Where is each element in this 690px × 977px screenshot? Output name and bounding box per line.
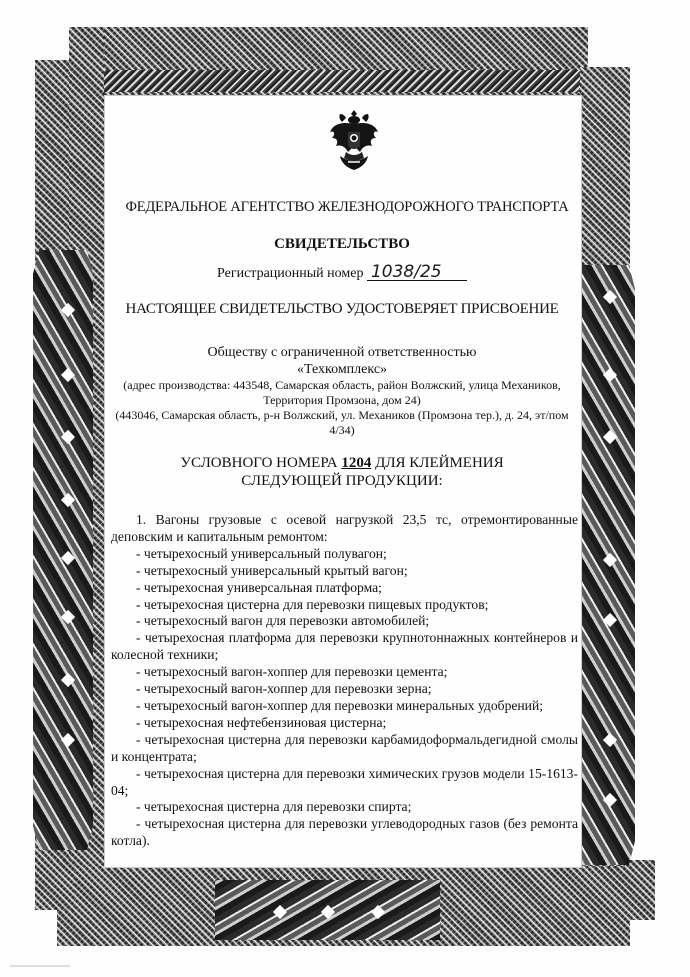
product-item: - четырехосный вагон-хоппер для перевозк… [111, 664, 578, 681]
frame-bottom-left-step [35, 860, 75, 910]
product-item: - четырехосная универсальная платформа; [111, 580, 578, 597]
product-item: - четырехосный вагон-хоппер для перевозк… [111, 698, 578, 715]
conditional-prefix: УСЛОВНОГО НОМЕРА [180, 455, 337, 471]
product-item: - четырехосная платформа для перевозки к… [111, 630, 578, 664]
agency-name: ФЕДЕРАЛЬНОЕ АГЕНТСТВО ЖЕЛЕЗНОДОРОЖНОГО Т… [104, 199, 590, 216]
product-item: - четырехосная цистерна для перевозки сп… [111, 799, 578, 816]
registration-line: Регистрационный номер 1038/25 [104, 264, 580, 282]
production-address: (адрес производства: 443548, Самарская о… [104, 378, 580, 408]
certifies-heading: НАСТОЯЩЕЕ СВИДЕТЕЛЬСТВО УДОСТОВЕРЯЕТ ПРИ… [104, 301, 580, 318]
registration-label: Регистрационный номер [217, 266, 363, 281]
addresses: (адрес производства: 443548, Самарская о… [104, 378, 580, 438]
products-list: 1. Вагоны грузовые с осевой нагрузкой 23… [111, 512, 578, 850]
product-heading: 1. Вагоны грузовые с осевой нагрузкой 23… [111, 512, 578, 546]
frame-right-braid [575, 265, 635, 865]
legal-address: (443046, Самарская область, р-н Волжский… [104, 408, 580, 438]
product-item: - четырехосный вагон для перевозки автом… [111, 613, 578, 630]
frame-top-inner [100, 70, 588, 92]
product-item: - четырехосный универсальный крытый ваго… [111, 563, 578, 580]
scan-artifact [10, 965, 70, 967]
company-name: Обществу с ограниченной ответственностью… [104, 344, 580, 378]
product-item: - четырехосная цистерна для перевозки ка… [111, 732, 578, 766]
double-headed-eagle-icon [328, 108, 380, 172]
conditional-number: 1204 [341, 455, 371, 471]
product-item: - четырехосная цистерна для перевозки уг… [111, 816, 578, 850]
conditional-number-heading: УСЛОВНОГО НОМЕРА 1204 ДЛЯ КЛЕЙМЕНИЯ СЛЕД… [104, 454, 580, 490]
company-line-1: Обществу с ограниченной ответственностью [104, 344, 580, 361]
product-item: - четырехосный вагон-хоппер для перевозк… [111, 681, 578, 698]
product-item: - четырехосная цистерна для перевозки пи… [111, 597, 578, 614]
product-item: - четырехосная нефтебензиновая цистерна; [111, 715, 578, 732]
document-title: СВИДЕТЕЛЬСТВО [104, 236, 580, 253]
product-item: - четырехосная цистерна для перевозки хи… [111, 766, 578, 800]
company-line-2: «Техкомплекс» [104, 361, 580, 378]
product-item: - четырехосный универсальный полувагон; [111, 546, 578, 563]
frame-left-braid [33, 250, 93, 850]
registration-number: 1038/25 [367, 264, 467, 281]
conditional-suffix-1: ДЛЯ КЛЕЙМЕНИЯ [375, 455, 504, 471]
conditional-suffix-2: СЛЕДУЮЩЕЙ ПРОДУКЦИИ: [241, 473, 442, 489]
